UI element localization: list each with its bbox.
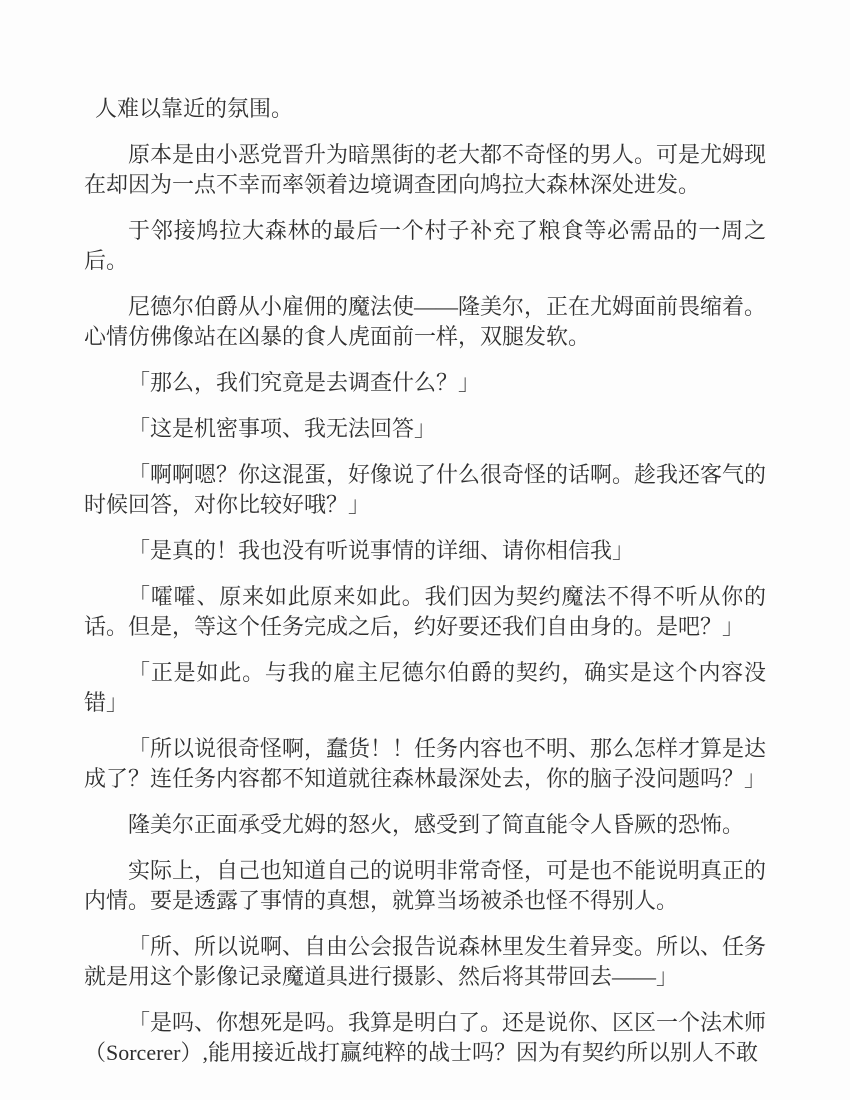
paragraph: 原本是由小恶党晋升为暗黑街的老大都不奇怪的男人。可是尤姆现在却因为一点不幸而率领… [84,140,766,200]
paragraph: 「是真的！我也没有听说事情的详细、请你相信我」 [84,536,766,566]
paragraph: 「那么，我们究竟是去调查什么？」 [84,368,766,398]
paragraph: 于邻接鸠拉大森林的最后一个村子补充了粮食等必需品的一周之后。 [84,216,766,276]
paragraph: 「啊啊嗯？你这混蛋，好像说了什么很奇怪的话啊。趁我还客气的时候回答，对你比较好哦… [84,460,766,520]
paragraph: 「正是如此。与我的雇主尼德尔伯爵的契约，确实是这个内容没错」 [84,658,766,718]
paragraph: 实际上，自己也知道自己的说明非常奇怪，可是也不能说明真正的内情。要是透露了事情的… [84,856,766,916]
paragraph: 「是吗、你想死是吗。我算是明白了。还是说你、区区一个法术师（Sorcerer）,… [84,1008,766,1068]
paragraph: 人难以靠近的氛围。 [84,94,766,124]
paragraph: 「所、所以说啊、自由公会报告说森林里发生着异变。所以、任务就是用这个影像记录魔道… [84,932,766,992]
paragraph: 「所以说很奇怪啊，蠢货！！任务内容也不明、那么怎样才算是达成了？连任务内容都不知… [84,734,766,794]
paragraph: 隆美尔正面承受尤姆的怒火，感受到了简直能令人昏厥的恐怖。 [84,810,766,840]
paragraph-list: 人难以靠近的氛围。原本是由小恶党晋升为暗黑街的老大都不奇怪的男人。可是尤姆现在却… [84,94,766,1084]
paragraph: 尼德尔伯爵从小雇佣的魔法使——隆美尔，正在尤姆面前畏缩着。心情仿佛像站在凶暴的食… [84,292,766,352]
document-page: 人难以靠近的氛围。原本是由小恶党晋升为暗黑街的老大都不奇怪的男人。可是尤姆现在却… [0,0,850,1100]
paragraph: 「嚯嚯、原来如此原来如此。我们因为契约魔法不得不听从你的话。但是，等这个任务完成… [84,582,766,642]
paragraph: 「这是机密事项、我无法回答」 [84,414,766,444]
